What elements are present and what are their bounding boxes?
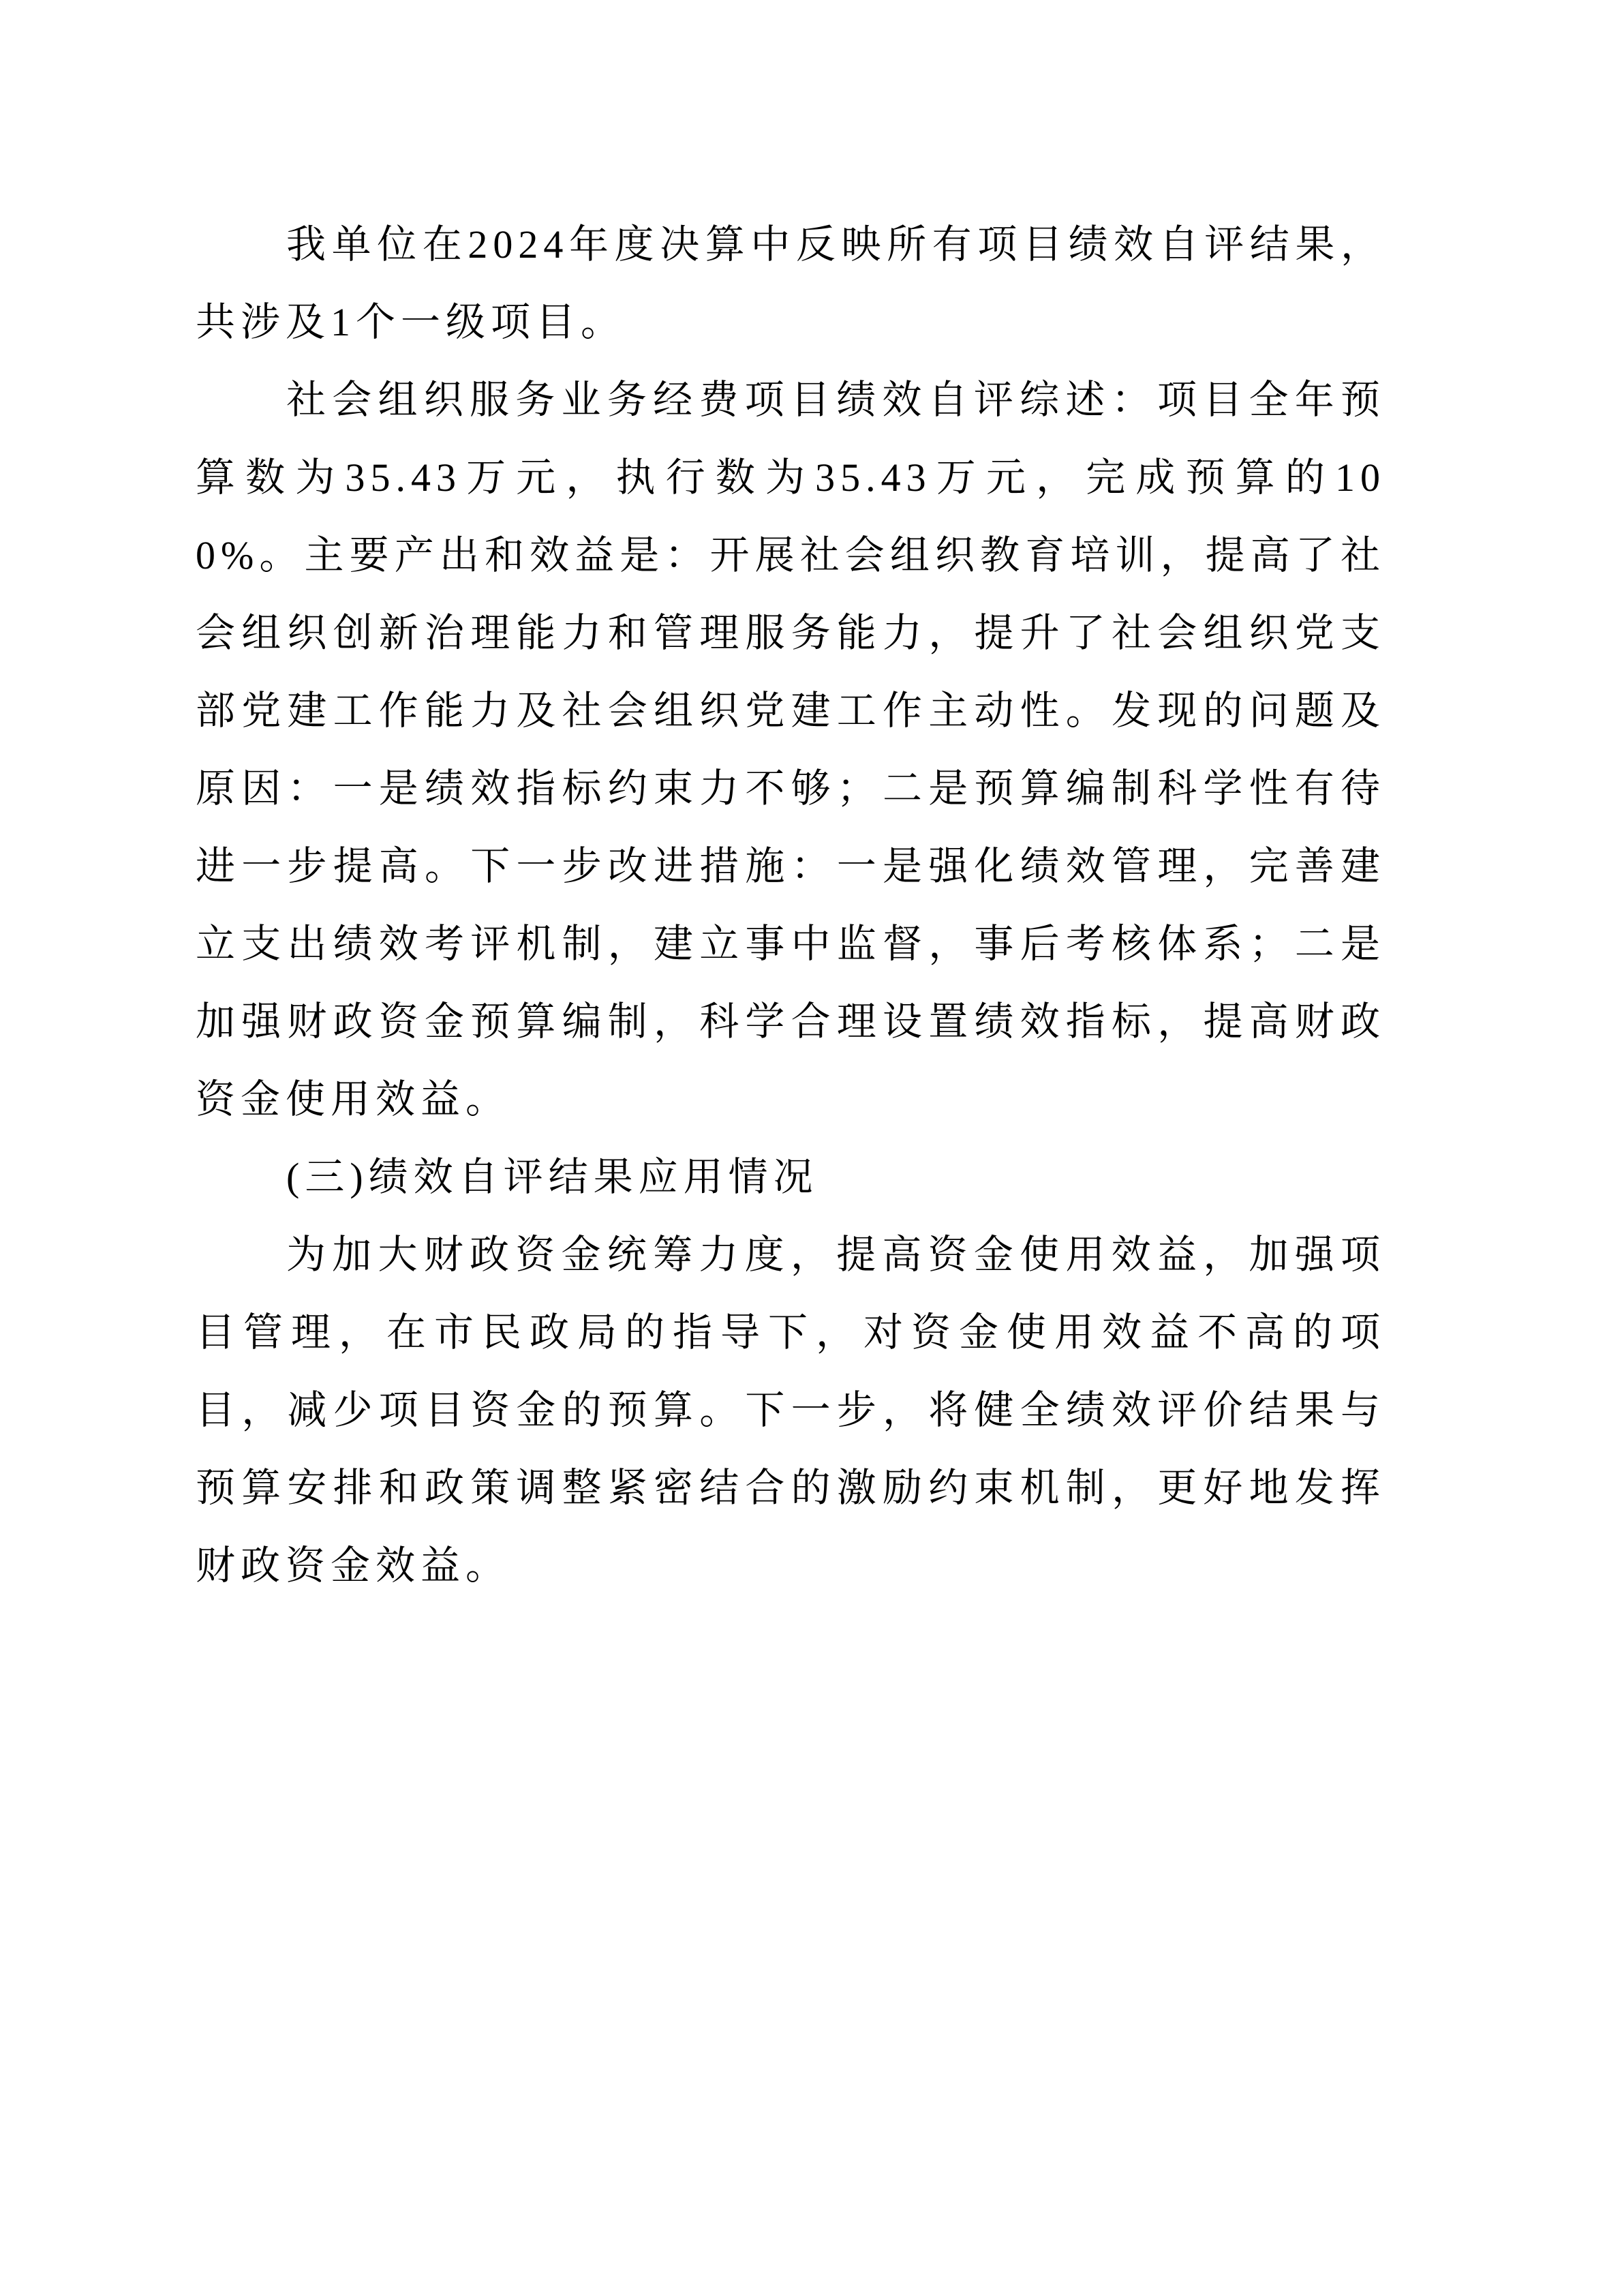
paragraph-projects-overview: 我单位在2024年度决算中反映所有项目绩效自评结果，共涉及1个一级项目。 — [196, 206, 1386, 361]
paragraph-result-application: 为加大财政资金统筹力度，提高资金使用效益，加强项目管理，在市民政局的指导下，对资… — [196, 1216, 1386, 1605]
document-body: 我单位在2024年度决算中反映所有项目绩效自评结果，共涉及1个一级项目。 社会组… — [196, 206, 1386, 1605]
section-heading-self-evaluation-result-application: (三)绩效自评结果应用情况 — [196, 1138, 1386, 1216]
paragraph-self-evaluation-summary: 社会组织服务业务经费项目绩效自评综述：项目全年预算数为35.43万元，执行数为3… — [196, 361, 1386, 1138]
document-page: 我单位在2024年度决算中反映所有项目绩效自评结果，共涉及1个一级项目。 社会组… — [0, 0, 1622, 2296]
